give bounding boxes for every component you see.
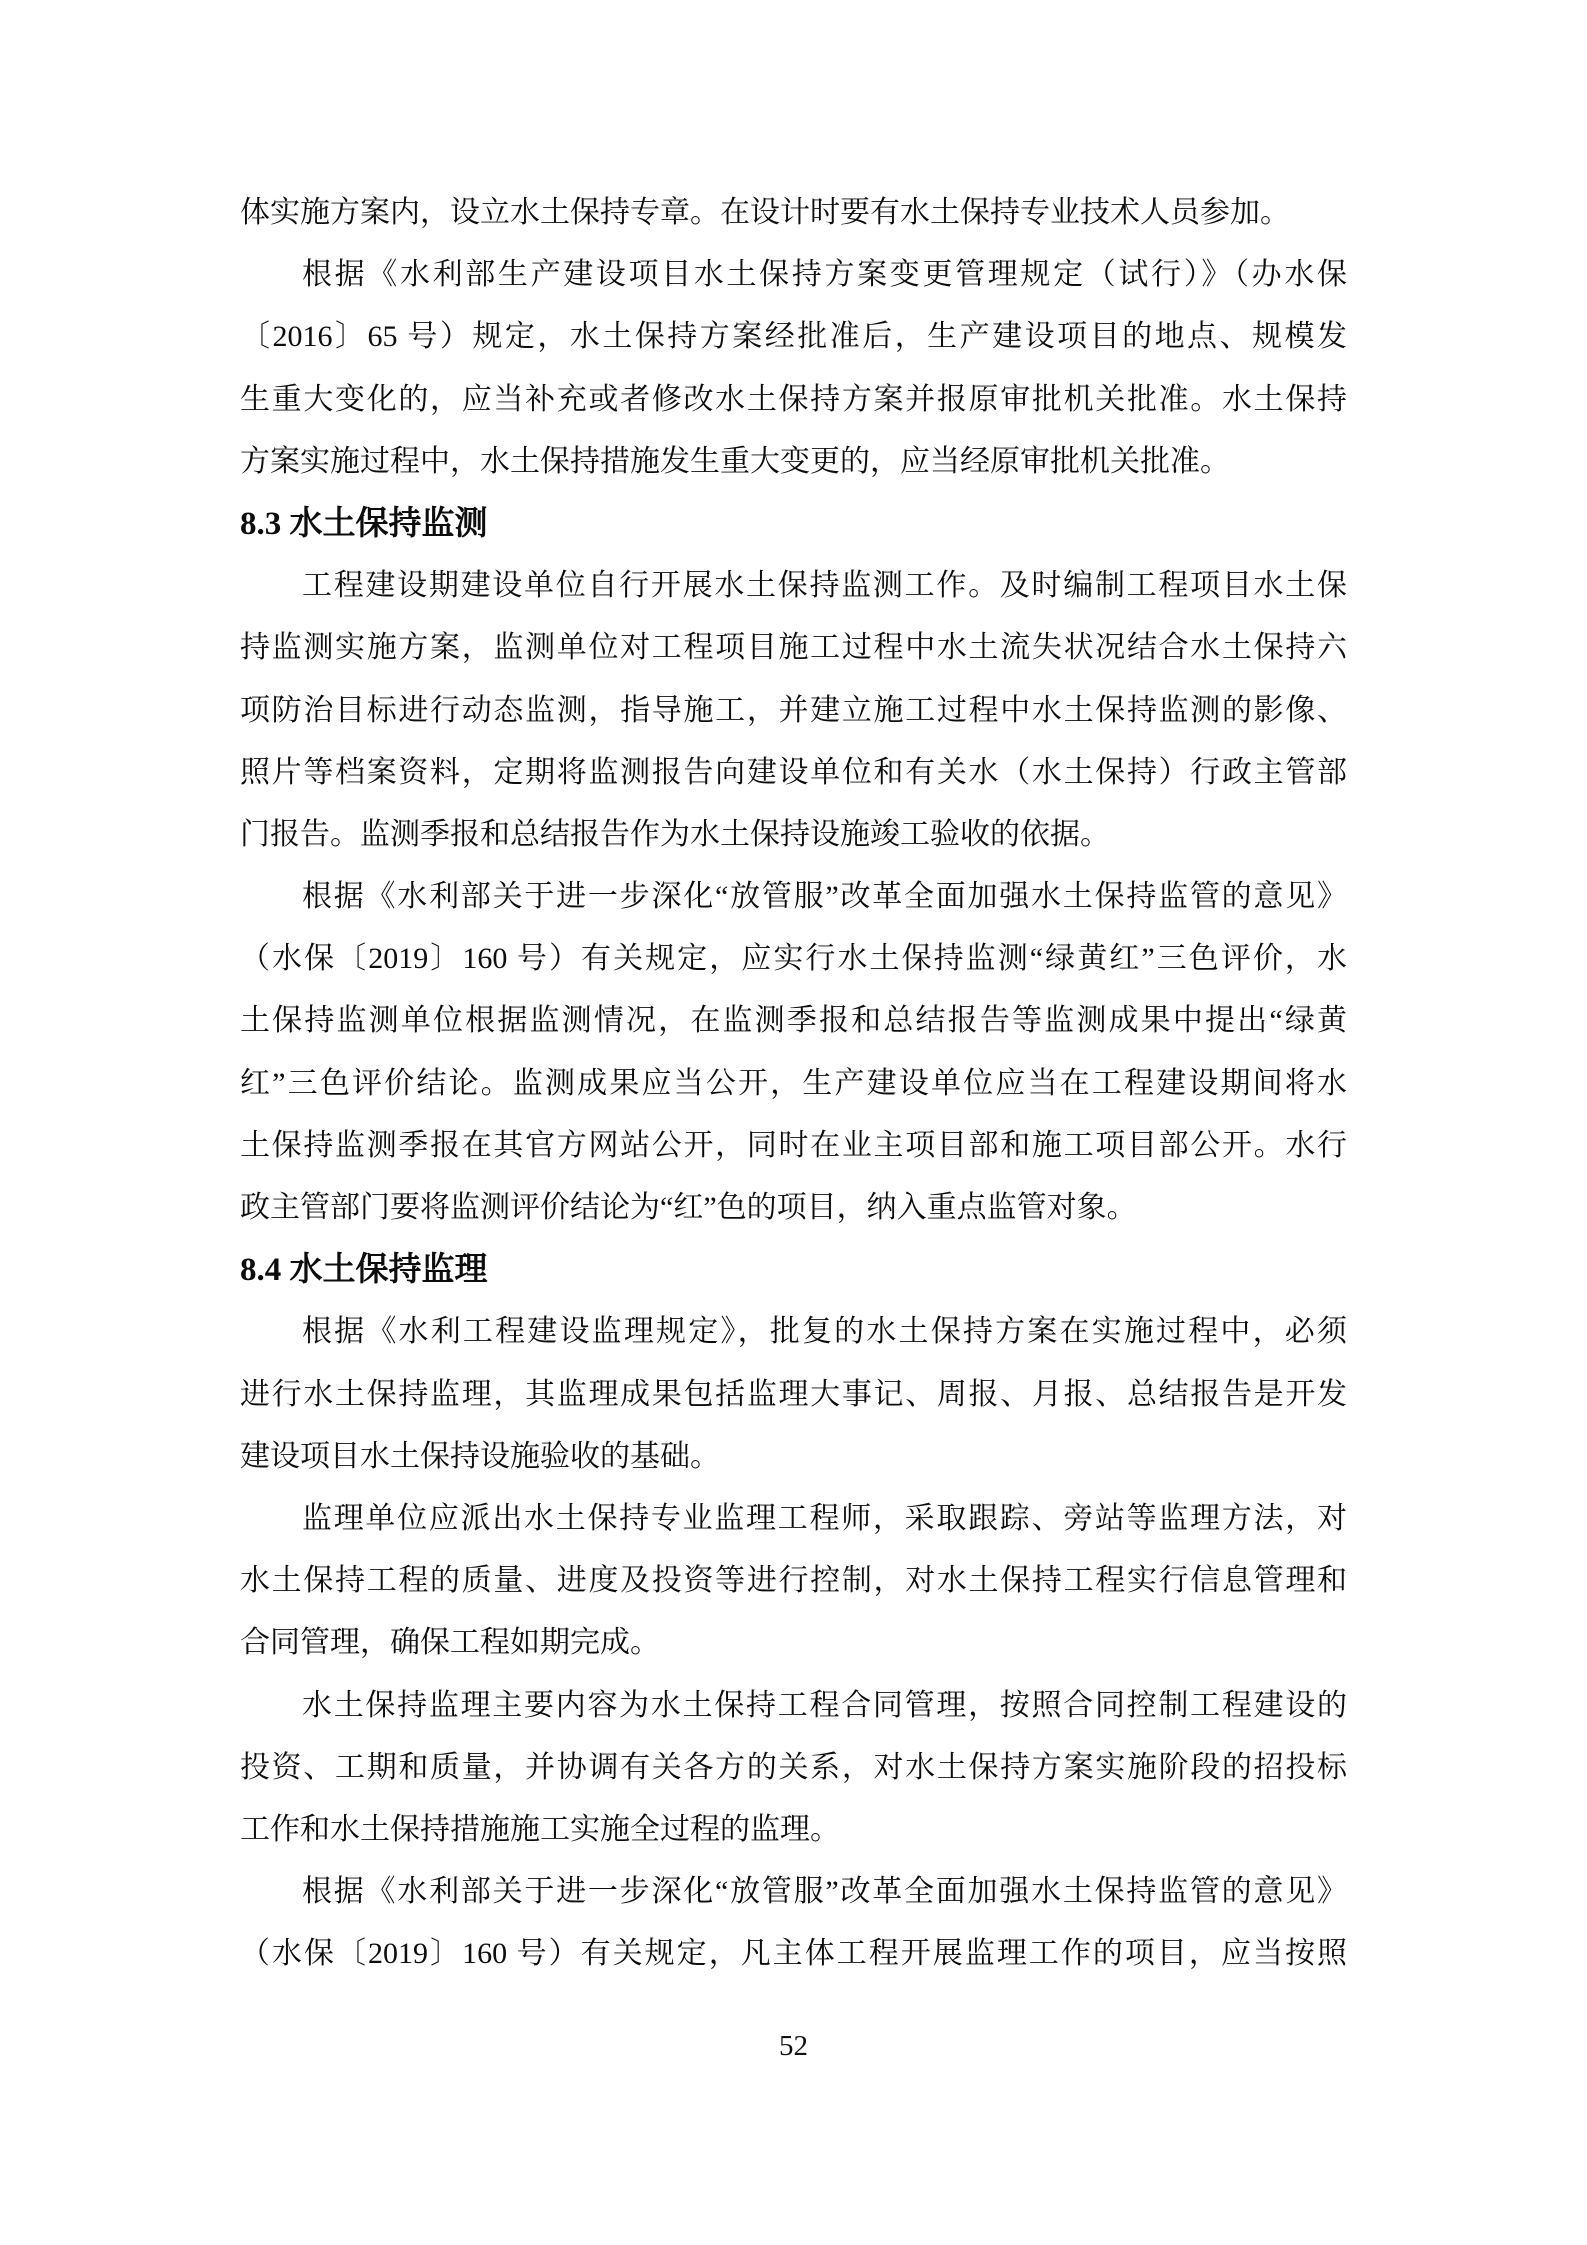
paragraph-line: 根据《水利部关于进一步深化“放管服”改革全面加强水土保持监管的意见》 xyxy=(240,1861,1347,1923)
paragraph-line: 工程建设期建设单位自行开展水土保持监测工作。及时编制工程项目水土保 xyxy=(240,555,1347,617)
paragraph-line: 门报告。监测季报和总结报告作为水土保持设施竣工验收的依据。 xyxy=(240,804,1347,866)
paragraph-line: 合同管理，确保工程如期完成。 xyxy=(240,1612,1347,1674)
paragraph-line: 项防治目标进行动态监测，指导施工，并建立施工过程中水土保持监测的影像、 xyxy=(240,680,1347,742)
paragraph-line: （水保〔2019〕160 号）有关规定，凡主体工程开展监理工作的项目，应当按照 xyxy=(240,1923,1347,1985)
paragraph-line: 〔2016〕65 号）规定，水土保持方案经批准后，生产建设项目的地点、规模发 xyxy=(240,306,1347,368)
document-page: 体实施方案内，设立水土保持专章。在设计时要有水土保持专业技术人员参加。根据《水利… xyxy=(0,0,1587,2245)
paragraph-line: （水保〔2019〕160 号）有关规定，应实行水土保持监测“绿黄红”三色评价，水 xyxy=(240,928,1347,990)
paragraph-line: 进行水土保持监理，其监理成果包括监理大事记、周报、月报、总结报告是开发 xyxy=(240,1364,1347,1426)
paragraph-line: 根据《水利部关于进一步深化“放管服”改革全面加强水土保持监管的意见》 xyxy=(240,866,1347,928)
page-number: 52 xyxy=(779,2030,808,2062)
paragraph-line: 水土保持监理主要内容为水土保持工程合同管理，按照合同控制工程建设的 xyxy=(240,1675,1347,1737)
section-heading: 8.3 水土保持监测 xyxy=(240,493,1347,555)
paragraph-line: 红”三色评价结论。监测成果应当公开，生产建设单位应当在工程建设期间将水 xyxy=(240,1053,1347,1115)
paragraph-line: 体实施方案内，设立水土保持专章。在设计时要有水土保持专业技术人员参加。 xyxy=(240,182,1347,244)
paragraph-line: 建设项目水土保持设施验收的基础。 xyxy=(240,1426,1347,1488)
paragraph-line: 生重大变化的，应当补充或者修改水土保持方案并报原审批机关批准。水土保持 xyxy=(240,369,1347,431)
paragraph-line: 投资、工期和质量，并协调有关各方的关系，对水土保持方案实施阶段的招投标 xyxy=(240,1737,1347,1799)
paragraph-line: 土保持监测季报在其官方网站公开，同时在业主项目部和施工项目部公开。水行 xyxy=(240,1115,1347,1177)
paragraph-line: 土保持监测单位根据监测情况，在监测季报和总结报告等监测成果中提出“绿黄 xyxy=(240,990,1347,1052)
paragraph-line: 根据《水利工程建设监理规定》，批复的水土保持方案在实施过程中，必须 xyxy=(240,1301,1347,1363)
document-body: 体实施方案内，设立水土保持专章。在设计时要有水土保持专业技术人员参加。根据《水利… xyxy=(240,182,1347,1985)
paragraph-line: 政主管部门要将监测评价结论为“红”色的项目，纳入重点监管对象。 xyxy=(240,1177,1347,1239)
paragraph-line: 根据《水利部生产建设项目水土保持方案变更管理规定（试行）》（办水保 xyxy=(240,244,1347,306)
paragraph-line: 持监测实施方案，监测单位对工程项目施工过程中水土流失状况结合水土保持六 xyxy=(240,617,1347,679)
paragraph-line: 水土保持工程的质量、进度及投资等进行控制，对水土保持工程实行信息管理和 xyxy=(240,1550,1347,1612)
page-footer: 52 xyxy=(0,2028,1587,2064)
paragraph-line: 工作和水土保持措施施工实施全过程的监理。 xyxy=(240,1799,1347,1861)
section-heading: 8.4 水土保持监理 xyxy=(240,1239,1347,1301)
paragraph-line: 方案实施过程中，水土保持措施发生重大变更的，应当经原审批机关批准。 xyxy=(240,431,1347,493)
paragraph-line: 照片等档案资料，定期将监测报告向建设单位和有关水（水土保持）行政主管部 xyxy=(240,742,1347,804)
paragraph-line: 监理单位应派出水土保持专业监理工程师，采取跟踪、旁站等监理方法，对 xyxy=(240,1488,1347,1550)
